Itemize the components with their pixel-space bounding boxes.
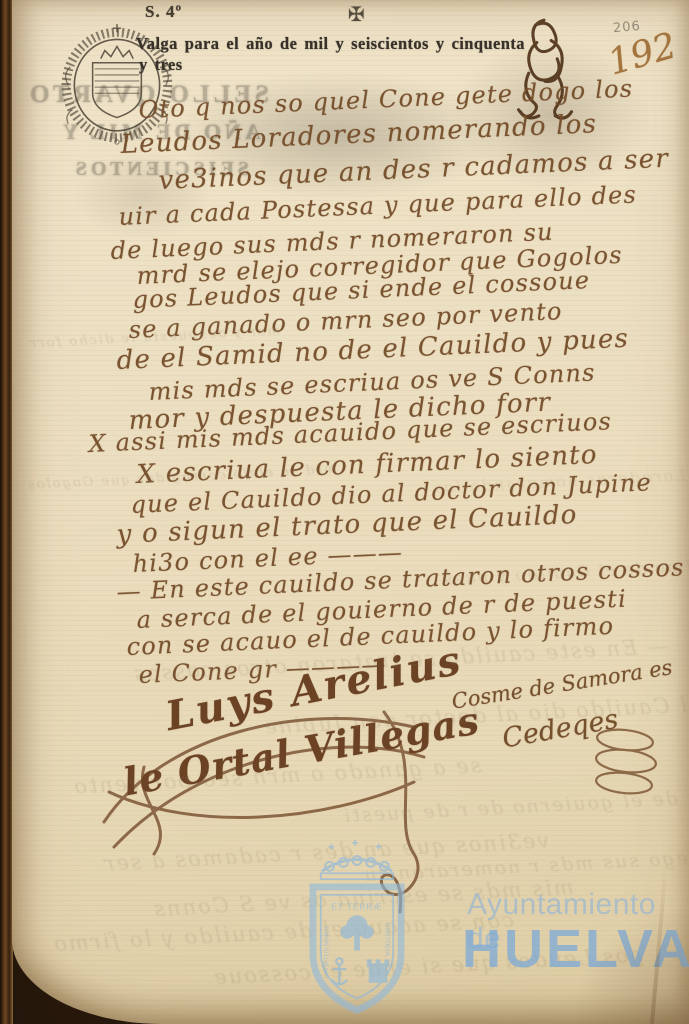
huelva-crest-watermark: ET TERRÆ PORTUS MARIS CUSTODIA (288, 836, 426, 1022)
scanned-manuscript-page: SELLO QVARTO AÑO DE MIL Y SEISCIENTOS S.… (0, 0, 689, 1024)
royal-tax-seal-icon (52, 12, 184, 146)
tree-icon (340, 915, 373, 950)
cross-ornament-icon: ✠ (348, 2, 365, 26)
motto-left: PORTUS MARIS (324, 926, 331, 974)
crown-icon (321, 840, 393, 879)
anchor-icon (332, 958, 348, 984)
printed-header-line1: Valga para el año de mil y seiscientos y… (136, 34, 525, 53)
motto-top: ET TERRÆ (331, 901, 382, 911)
motto-right: CUSTODIA (383, 923, 390, 957)
printed-validity-header: Valga para el año de mil y seiscientos y… (136, 34, 525, 75)
stamp-class-label: S. 4º (145, 2, 182, 22)
tower-icon (367, 959, 390, 982)
printed-header-line2: y tres (139, 55, 525, 75)
corner-shadow (569, 904, 689, 1024)
paper-sheet: SELLO QVARTO AÑO DE MIL Y SEISCIENTOS S.… (12, 0, 689, 1024)
